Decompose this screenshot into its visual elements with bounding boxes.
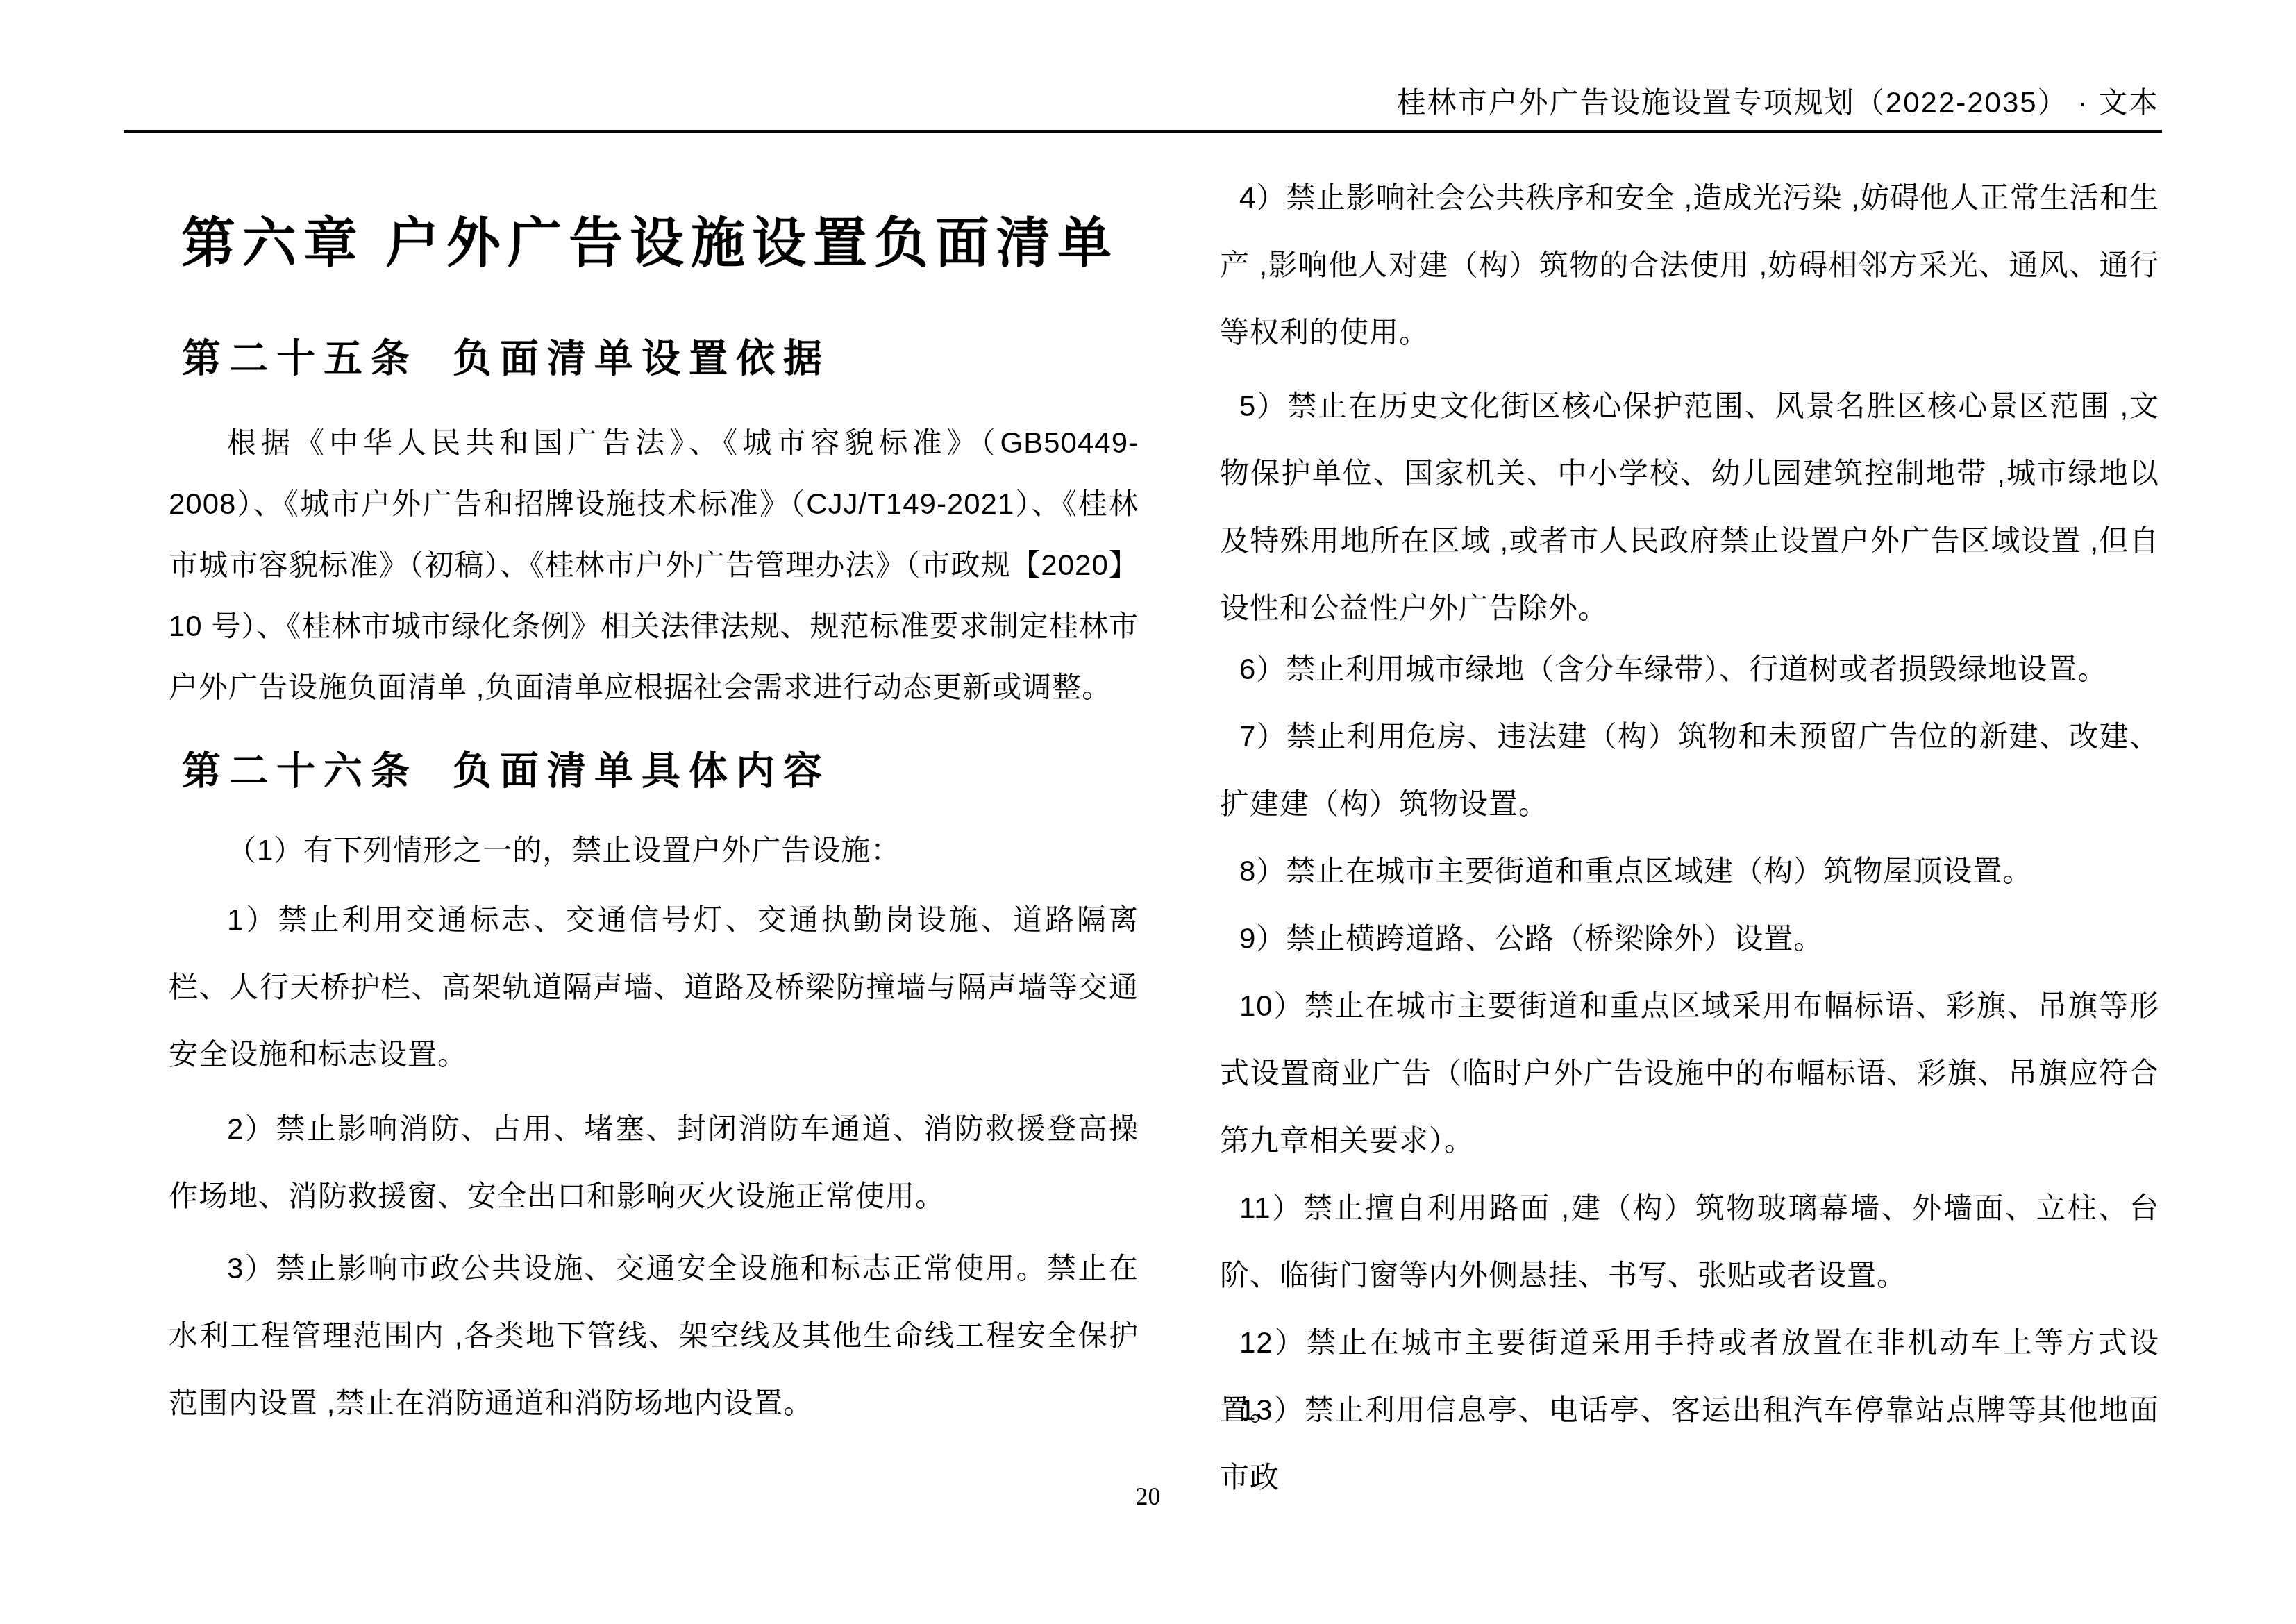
- section-25-title: 负面清单设置依据: [453, 328, 830, 383]
- list-item-2: 2）禁止影响消防、占用、堵塞、封闭消防车通道、消防救援登高操作场地、消防救援窗、…: [169, 1095, 1139, 1230]
- chapter-number: 第六章: [181, 200, 364, 278]
- list-item-10: 10）禁止在城市主要街道和重点区域采用布幅标语、彩旗、吊旗等形式设置商业广告（临…: [1220, 972, 2159, 1174]
- list-item-6: 6）禁止利用城市绿地（含分车绿带）、行道树或者损毁绿地设置。: [1220, 635, 2159, 703]
- section-26-title: 负面清单具体内容: [453, 740, 830, 796]
- section-26-number: 第二十六条: [182, 740, 418, 796]
- chapter-title: 户外广告设施设置负面清单: [385, 200, 1118, 278]
- list-item-1: 1）禁止利用交通标志、交通信号灯、交通执勤岗设施、道路隔离栏、人行天桥护栏、高架…: [169, 886, 1139, 1088]
- page-number: 20: [0, 1482, 2296, 1511]
- section-25-number: 第二十五条: [182, 328, 418, 383]
- list-item-8: 8）禁止在城市主要街道和重点区域建（构）筑物屋顶设置。: [1220, 837, 2159, 905]
- section-25-paragraph: 根据《中华人民共和国广告法》、《城市容貌标准》（GB50449-2008）、《城…: [169, 412, 1139, 718]
- list-item-11: 11）禁止擅自利用路面 ,建（构）筑物玻璃幕墙、外墙面、立柱、台阶、临街门窗等内…: [1220, 1174, 2159, 1309]
- list-item-5: 5）禁止在历史文化街区核心保护范围、风景名胜区核心景区范围 ,文物保护单位、国家…: [1220, 372, 2159, 642]
- header-rule: [124, 130, 2162, 133]
- list-item-7: 7）禁止利用危房、违法建（构）筑物和未预留广告位的新建、改建、扩建建（构）筑物设…: [1220, 703, 2159, 837]
- chapter-heading: 第六章 户外广告设施设置负面清单: [181, 200, 1118, 278]
- section-25-heading: 第二十五条 负面清单设置依据: [182, 328, 830, 383]
- document-page: 桂林市户外广告设施设置专项规划（2022-2035） · 文本 第六章 户外广告…: [0, 0, 2296, 1624]
- list-item-4: 4）禁止影响社会公共秩序和安全 ,造成光污染 ,妨碍他人正常生活和生产 ,影响他…: [1220, 164, 2159, 366]
- header-running-title: 桂林市户外广告设施设置专项规划（2022-2035） · 文本: [1397, 85, 2159, 121]
- list-item-9: 9）禁止横跨道路、公路（桥梁除外）设置。: [1220, 905, 2159, 972]
- negative-list-intro: （1）有下列情形之一的，禁止设置户外广告设施：: [169, 817, 1139, 884]
- list-item-3: 3）禁止影响市政公共设施、交通安全设施和标志正常使用。禁止在水利工程管理范围内 …: [169, 1234, 1139, 1437]
- section-26-heading: 第二十六条 负面清单具体内容: [182, 740, 830, 796]
